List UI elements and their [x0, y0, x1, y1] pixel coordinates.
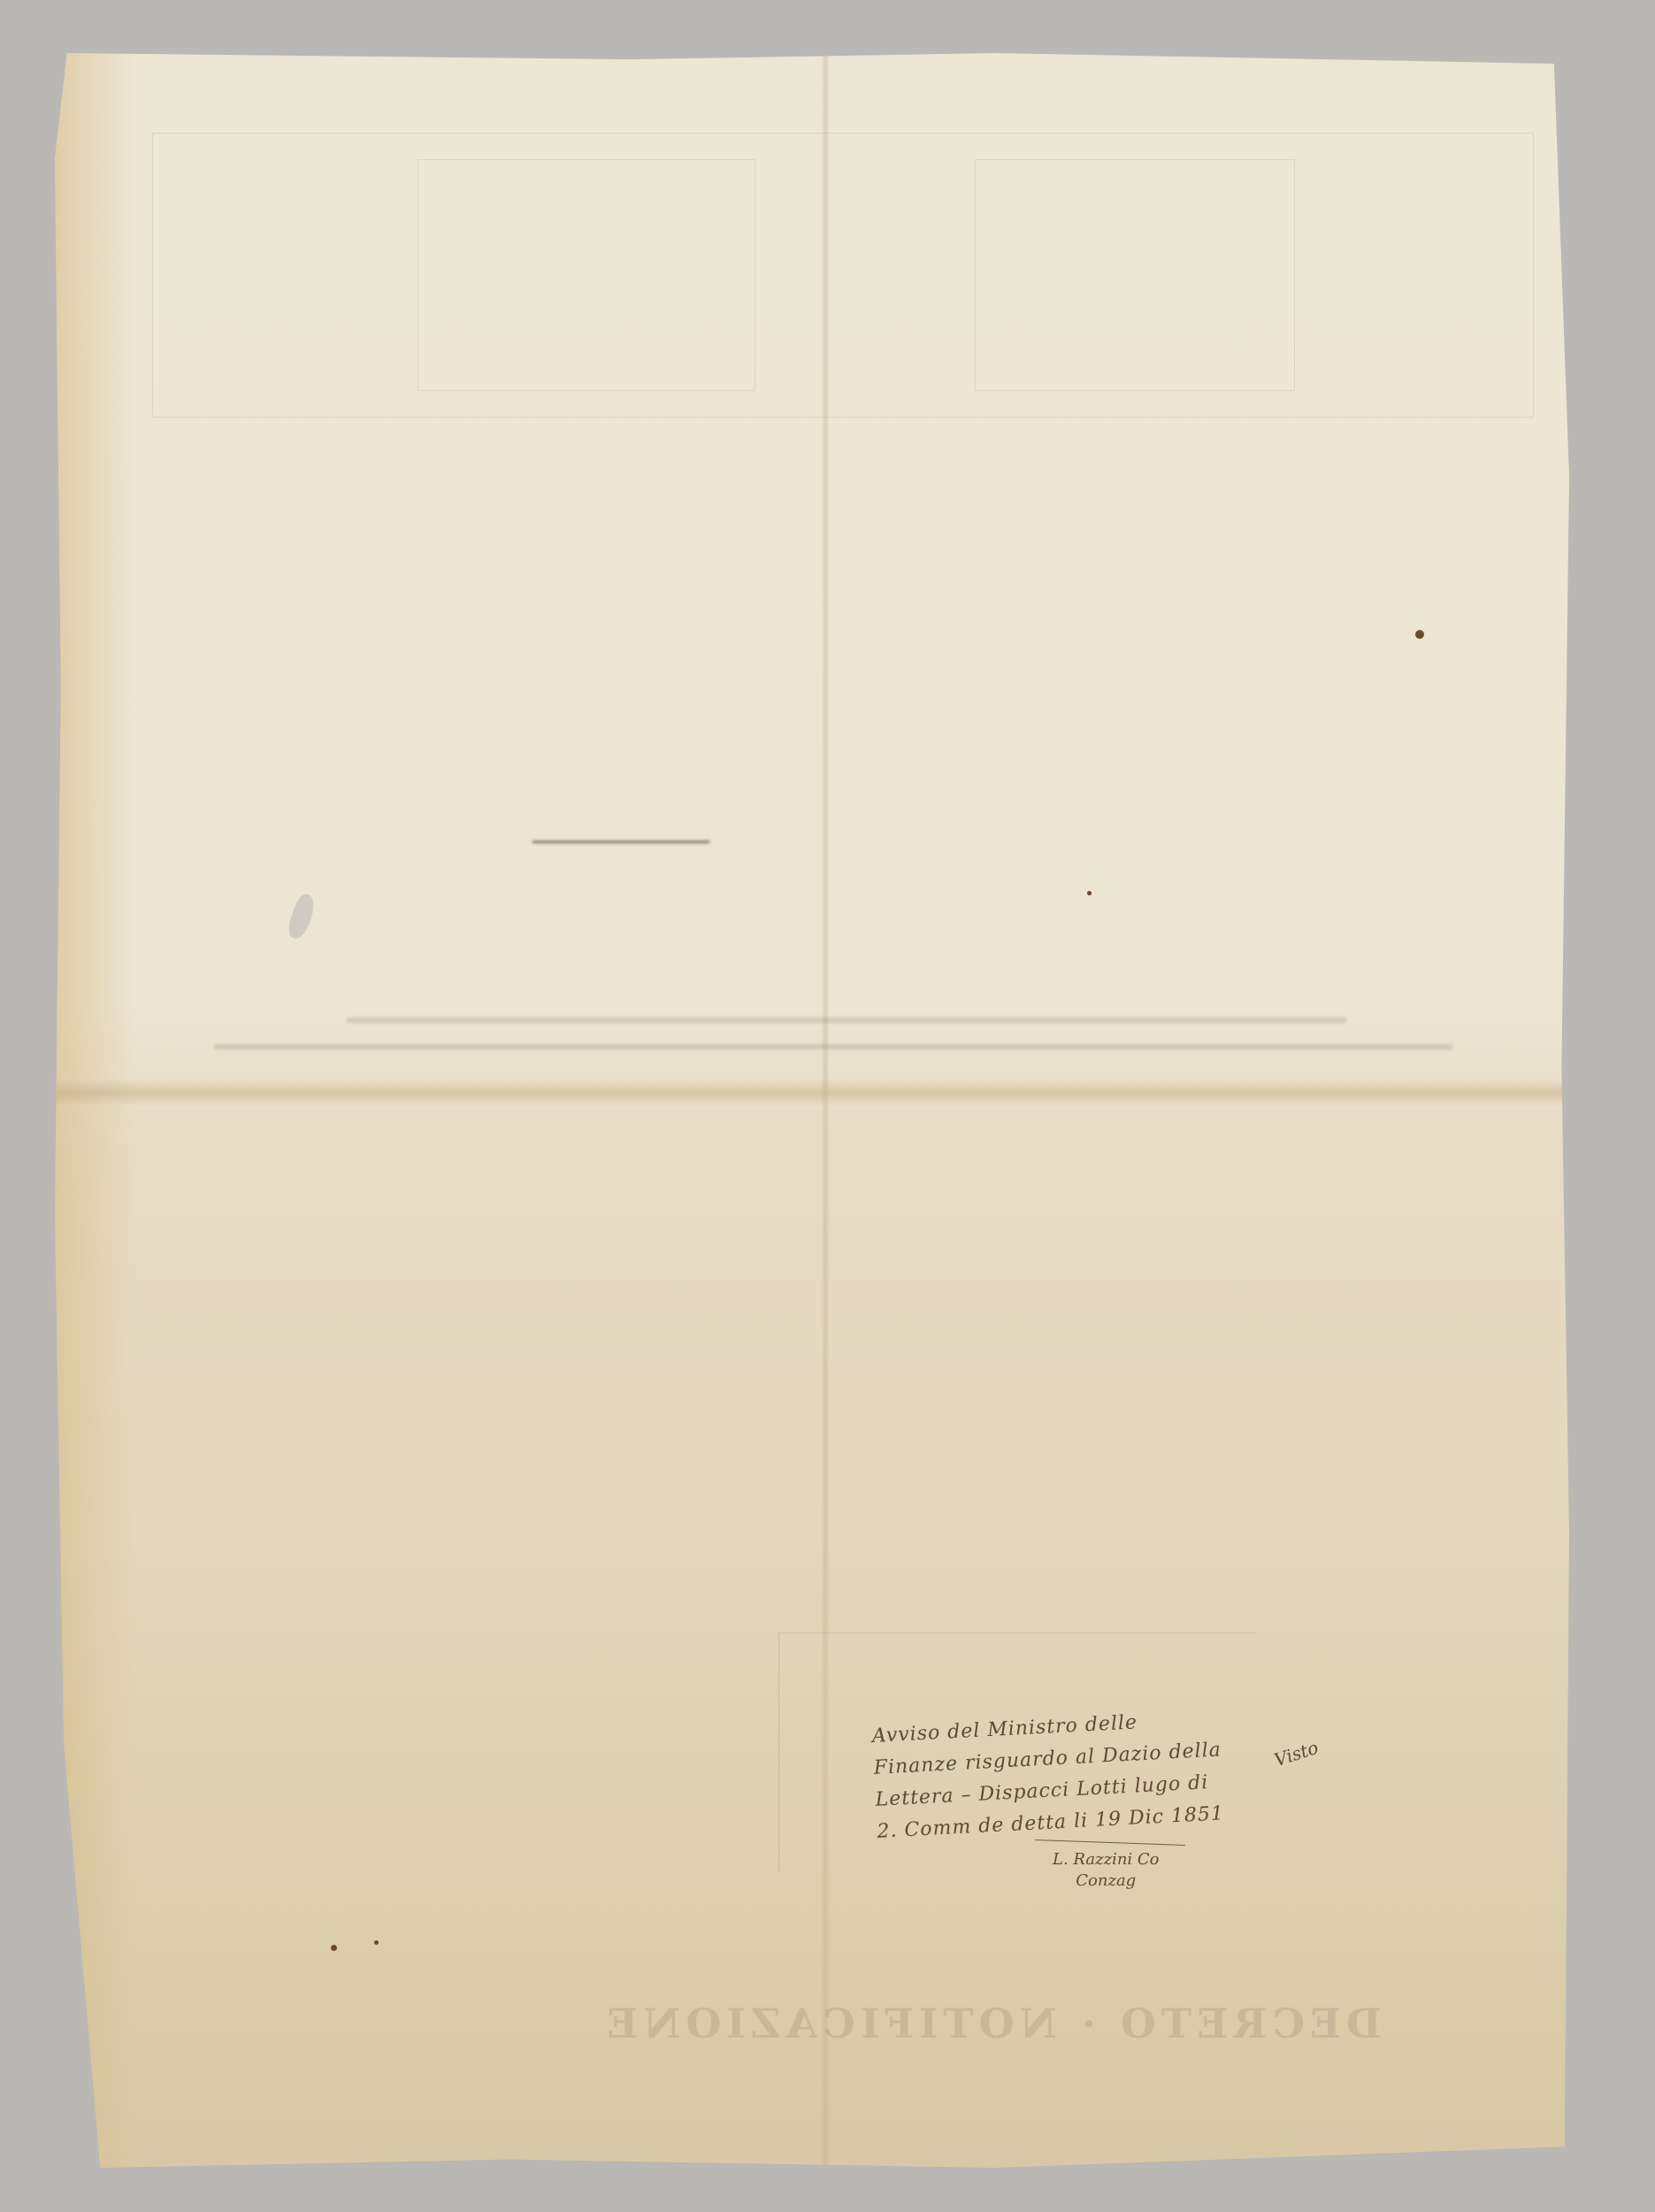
bleed-through-table-cell: [418, 159, 755, 391]
paper-hole: [285, 892, 318, 941]
ink-spot: [1415, 630, 1424, 639]
bleed-through-text-line: [214, 1044, 1452, 1049]
signature: L. Razzini Co Conzag: [1053, 1849, 1160, 1892]
ink-spot: [374, 1940, 379, 1945]
bleed-through-table: [152, 133, 1534, 418]
horizontal-fold: [55, 1079, 1569, 1106]
ink-spot: [1087, 891, 1092, 895]
ink-spot: [331, 1945, 337, 1951]
bleed-through-table-cell: [975, 159, 1295, 391]
signature-line: L. Razzini Co: [1053, 1849, 1160, 1870]
bleed-through-text-line: [347, 1018, 1346, 1023]
ink-stroke: [533, 841, 709, 843]
signature-line: Conzag: [1053, 1870, 1160, 1892]
bleed-through-heading: DECRETO · NOTIFICAZIONE: [241, 2000, 1382, 2047]
handwritten-annotation: Avviso del Ministro delle Finanze risgua…: [871, 1702, 1225, 1847]
